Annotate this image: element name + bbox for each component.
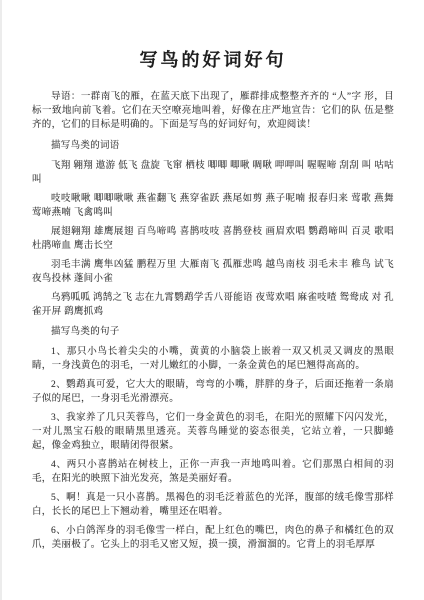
sentence-paragraph-1: 1、那只小鸟长着尖尖的小嘴，黄黄的小脑袋上嵌着一双又机灵又调皮的黑眼睛，一身浅黄…	[32, 345, 394, 373]
words-paragraph-5: 乌鸦呱呱 鸿鹄之飞 志在九霄鹦鹉学舌八哥能语 夜莺欢唱 麻雀吱喳 鸳鸯成 对 孔…	[32, 291, 394, 319]
intro-paragraph: 导语：一群南飞的雁，在蓝天底下出现了，雁群排成整整齐齐的 “人”字 形，目标一致…	[32, 90, 394, 132]
words-paragraph-4: 羽毛丰满 鹰隼凶猛 鹏程万里 大雁南飞 孤雁悲鸣 越鸟南枝 羽毛未丰 稚鸟 试飞…	[32, 258, 394, 286]
words-paragraph-2: 吱吱啾啾 唧唧啾啾 燕雀翻飞 燕穿雀跃 燕尾如剪 燕子呢喃 报春归来 莺歌 燕舞…	[32, 192, 394, 220]
sentence-paragraph-5: 5、啊！真是一只小喜鹊。黑褐色的羽毛泛着蓝色的光泽，腹部的绒毛像雪那样白，长长的…	[32, 491, 394, 519]
sentence-paragraph-3: 3、我家养了几只芙蓉鸟，它们一身金黄色的羽毛，在阳光的照耀下闪闪发光，一对儿黑宝…	[32, 411, 394, 453]
scan-edge-shadow	[0, 0, 2, 600]
sentence-paragraph-6: 6、小白鸽浑身的羽毛像雪一样白，配上红色的嘴巴，肉色的鼻子和橘红色的双爪，美丽极…	[32, 524, 394, 552]
words-paragraph-3: 展翅翱翔 雄鹰展翅 百鸟啼鸣 喜鹊吱吱 喜鹊登枝 画眉欢唱 鹦鹉啼叫 百灵 歌唱…	[32, 225, 394, 253]
words-paragraph-1: 飞翔 翱翔 遨游 低飞 盘旋 飞窜 栖枝 唧唧 唧啾 啁啾 呷呷叫 喔喔啼 刮刮…	[32, 159, 394, 187]
page-title: 写鸟的好词好句	[32, 48, 394, 72]
document-page: 写鸟的好词好句 导语：一群南飞的雁，在蓝天底下出现了，雁群排成整整齐齐的 “人”…	[0, 0, 424, 600]
sentence-paragraph-4: 4、两只小喜鹊站在树枝上，正你一声我一声地鸣叫着。它们那黑白相间的羽毛，在阳光的…	[32, 458, 394, 486]
section-heading-words: 描写鸟类的词语	[32, 139, 394, 153]
sentence-paragraph-2: 2、鹦鹉真可爱，它大大的眼睛，弯弯的小嘴，胖胖的身子，后面还拖着一条扇子似的尾巴…	[32, 378, 394, 406]
section-heading-sentences: 描写鸟类的句子	[32, 325, 394, 339]
